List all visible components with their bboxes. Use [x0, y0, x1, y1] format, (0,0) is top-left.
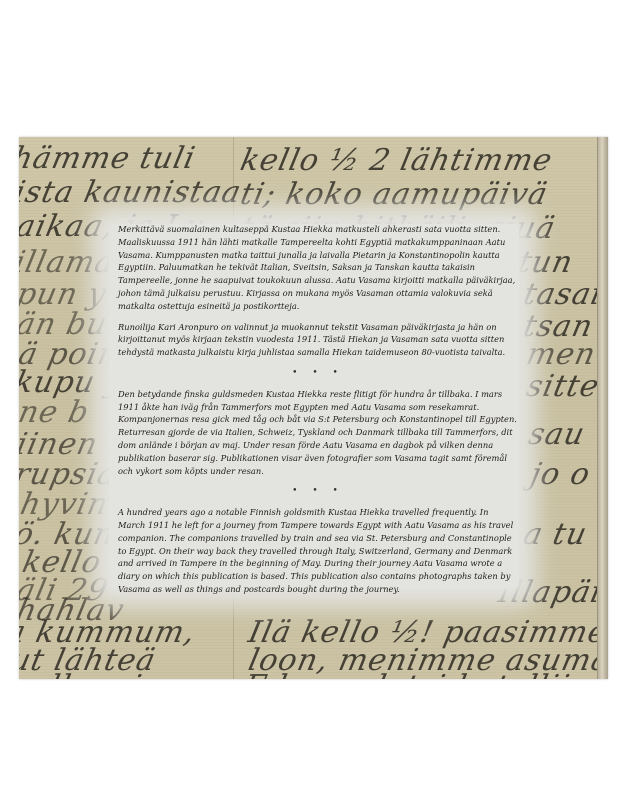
book-spine	[597, 137, 608, 679]
handwriting-line: kello ½ 2 lähtimme	[237, 143, 556, 178]
handwriting-line: ista kaunistaa	[19, 175, 245, 210]
english-paragraph: A hundred years ago a notable Finnish go…	[118, 506, 518, 596]
handwriting-line: sitte	[523, 369, 602, 404]
handwriting-line: men	[523, 337, 599, 372]
handwriting-line: Eden palatsi hotelliin	[240, 669, 593, 679]
handwriting-line: nullaa; ja	[19, 669, 163, 679]
handwriting-line: jo o	[527, 457, 593, 492]
handwriting-line: tun	[515, 245, 576, 280]
handwriting-line: tasai	[520, 277, 605, 312]
finnish-paragraph-2: Runoilija Kari Aronpuro on valinnut ja m…	[118, 321, 518, 359]
handwriting-line: sau	[525, 417, 588, 452]
handwriting-line: hämme tuli	[19, 141, 199, 176]
handwriting-line: ti; koko aamupäivä	[237, 177, 551, 212]
finnish-paragraph-1: Merkittävä suomalainen kultaseppä Kustaa…	[118, 223, 518, 313]
separator: • • •	[118, 485, 518, 498]
handwriting-line: ne b	[19, 395, 93, 430]
handwriting-line: illama	[19, 245, 118, 280]
cover-text: Merkittävä suomalainen kultaseppä Kustaa…	[118, 223, 518, 604]
handwriting-line: a tu	[520, 517, 590, 552]
separator: • • •	[118, 367, 518, 380]
swedish-paragraph: Den betydande finska guldsmeden Kustaa H…	[118, 388, 518, 478]
